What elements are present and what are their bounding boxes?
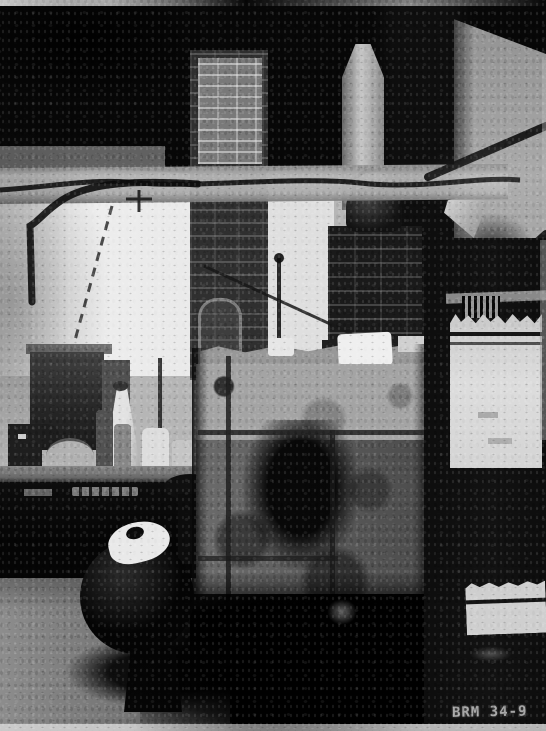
photo-stamp: BRM 34-9 xyxy=(452,701,546,723)
rack-lower-panel xyxy=(465,581,546,636)
photo-right-edge xyxy=(542,60,546,180)
rack-upper-panel-line xyxy=(450,332,542,336)
funnel-tip xyxy=(113,381,128,391)
furnace-top-object xyxy=(268,338,294,356)
rack-upper-panel xyxy=(450,314,542,468)
rack-speckle xyxy=(470,646,512,662)
frame-horizontal-bar xyxy=(198,430,426,435)
rack-upper-panel-line xyxy=(450,342,542,345)
bottle xyxy=(96,410,113,470)
bench-dark-box xyxy=(8,424,42,468)
furnace-port-shadow xyxy=(242,420,360,570)
workbench-label xyxy=(72,487,138,496)
bottle xyxy=(114,424,131,470)
brick-column-lit-patch xyxy=(198,58,262,164)
beam-upper-band xyxy=(0,146,165,168)
workbench-tick xyxy=(24,489,52,496)
photo-bottom-edge xyxy=(0,724,546,731)
overhead-beam xyxy=(0,164,508,204)
photo-top-edge xyxy=(0,0,546,6)
frame-horizontal-bar xyxy=(198,556,338,561)
rack-grille xyxy=(462,296,500,318)
floor-highlight-speck xyxy=(326,598,358,626)
rack-marking xyxy=(478,412,498,418)
photograph: BRM 34-9 xyxy=(0,0,546,731)
rack-marking xyxy=(488,438,512,444)
bench-dark-box-dot xyxy=(18,434,26,439)
furnace-top-object xyxy=(337,332,393,368)
frame-vertical-bar xyxy=(226,356,231,602)
furnace-left-edge xyxy=(192,348,208,600)
photo-right-edge xyxy=(540,240,546,440)
sphere-pedestal xyxy=(124,646,182,712)
